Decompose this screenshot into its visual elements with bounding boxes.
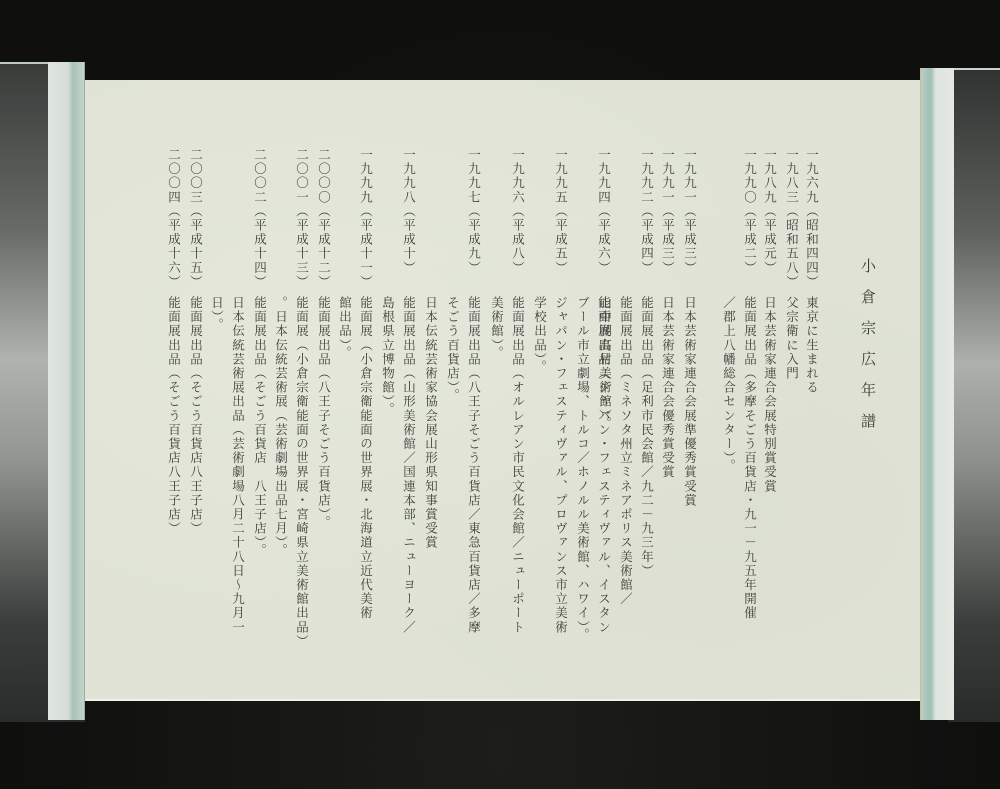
entry-text: 能面展（小倉宗衛能面の世界展・宮崎県立美術館出品）: [295, 296, 308, 649]
entry-text: 能面展出品（八王子そごう百貨店）。: [317, 296, 330, 529]
entry-date: 二〇〇二（平成十四）: [253, 148, 266, 289]
entry-text: 父宗衛に入門: [785, 296, 798, 381]
chronology-paper: 小倉宗広年譜 一九六九（昭和四四）東京に生まれる一九八三（昭和五八）父宗衛に入門…: [85, 80, 921, 701]
entry-text: 能面展出品（ジャパン・フェスティヴァル、イスタン: [597, 296, 610, 634]
entry-text: 能面展出品（そごう百貨店八王子店）: [189, 296, 202, 536]
entry-date: 一九九一（平成三）: [683, 148, 696, 275]
glass-edge-left: [48, 62, 85, 720]
entry-text: 学校出品）。: [533, 296, 546, 374]
entry-date: 一九九六（平成八）: [511, 148, 524, 275]
entry-date: 一九九四（平成六）: [597, 148, 610, 275]
entry-text: 日本伝統芸術家協会展山形県知事賞受賞: [424, 296, 437, 550]
entry-date: 一九九二（平成四）: [640, 148, 653, 275]
entry-date: 二〇〇三（平成十五）: [189, 148, 202, 289]
entry-text: そごう百貨店）。: [446, 296, 459, 403]
entry-text: 日本芸術家連合会優秀賞受賞: [661, 296, 674, 479]
entry-text: 能面展出品（足利市民会館／九二－九三年）: [640, 296, 653, 578]
entry-text: 東京に生まれる: [805, 296, 818, 395]
entry-date: 一九八三（昭和五八）: [785, 148, 798, 289]
entry-text: 能面展出品（八王子そごう百貨店／東急百貨店／多摩: [467, 296, 480, 634]
entry-date: 一九九七（平成九）: [467, 148, 480, 275]
glass-block-right: [948, 68, 1000, 722]
entry-text: ブール市立劇場、トルコ／ホノルル美術館、ハワイ）。: [576, 296, 589, 642]
entry-text: 館出品）。: [338, 296, 351, 360]
entry-date: 一九八九（平成元）: [763, 148, 776, 275]
entry-date: 一九九五（平成五）: [554, 148, 567, 275]
entry-date: 一九六九（昭和四四）: [805, 148, 818, 289]
entry-date: 二〇〇〇（平成十二）: [317, 148, 330, 289]
entry-text: 美術館）。: [490, 296, 503, 360]
entry-date: 一九九九（平成十一）: [359, 148, 372, 289]
entry-date: 二〇〇四（平成十六）: [167, 148, 180, 289]
entry-text: 能面展出品（ミネソタ州立ミネアポリス美術館／: [619, 296, 632, 606]
entry-text: 能面展出品（そごう百貨店八王子店）: [167, 296, 180, 536]
entry-text: 日）。: [210, 296, 223, 332]
entry-text: 日本芸術家連合会展準優秀賞受賞: [683, 296, 696, 508]
entry-text: 能面展出品（オルレアン市民文化会館／ニューポート: [511, 296, 524, 634]
entry-text: 日本芸術家連合会展特別賞受賞: [763, 296, 776, 493]
entry-text: 能面展（小倉宗衛能面の世界展・北海道立近代美術: [359, 296, 372, 620]
entry-text: 日本伝統芸術展出品（芸術劇場八月二十八日～九月一: [231, 296, 244, 634]
entry-text: 能面展出品（多摩そごう百貨店・九一－九五年開催: [743, 296, 756, 620]
entry-text: 島根県立博物館）。: [381, 296, 394, 417]
entry-text: 能面展出品（山形美術館／国連本部、ニューヨーク／: [402, 296, 415, 634]
entry-text: 能面展出品（そごう百貨店 八王子店）。: [253, 296, 266, 558]
entry-text: 。日本伝統芸術展（芸術劇場出品七月）。: [274, 296, 287, 558]
document-title: 小倉宗広年譜: [860, 258, 875, 444]
entry-date: 一九九〇（平成二）: [743, 148, 756, 275]
entry-date: 一九九一（平成三）: [661, 148, 674, 275]
entry-text: ／郡上八幡総合センター）。: [722, 296, 735, 473]
entry-date: 一九九八（平成十）: [402, 148, 415, 275]
glass-edge-right: [920, 68, 954, 720]
entry-text: ジャパン・フェスティヴァル、プロヴァンス市立美術: [554, 296, 567, 634]
entry-date: 二〇〇一（平成十三）: [295, 148, 308, 289]
